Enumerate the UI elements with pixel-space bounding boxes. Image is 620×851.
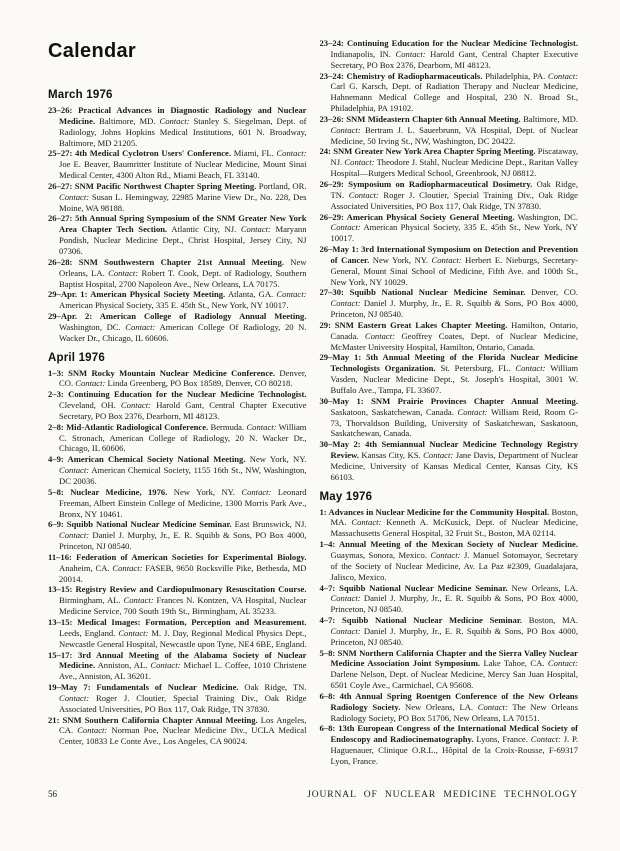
entry-dates: 26–27: [48,213,72,223]
entry-date-title: 26–29: Symposium on Radiopharmaceutical … [320,179,533,189]
contact-label: Contact: [276,289,306,299]
entry-title: American Chemical Society National Meeti… [68,454,246,464]
entry-dates: 24: [320,146,331,156]
entry-title: SNM Southern California Chapter Annual M… [63,715,258,725]
calendar-entry: 25–27: 4th Medical Cyclotron Users' Conf… [48,148,307,181]
page-number: 56 [48,789,57,799]
contact-label: Contact: [121,400,151,410]
contact-label: Contact: [246,422,276,432]
contact-label: Contact: [59,530,89,540]
entry-title: SNM Mideastern Chapter 6th Annual Meetin… [346,114,520,124]
entry-location: Lake Tahoe, CA. [483,658,544,668]
calendar-entry: 4–7: Squibb National Nuclear Medicine Se… [320,615,579,648]
entry-dates: 26–29: [320,212,344,222]
entry-dates: 29–May 1: [320,352,362,362]
entry-title: American Physical Society General Meetin… [347,212,515,222]
entry-date-title: 1: Advances in Nuclear Medicine for the … [320,507,550,517]
contact-label: Contact: [241,487,271,497]
entry-date-title: 2–3: Continuing Education for the Nuclea… [48,389,307,399]
entry-title: SNM Southwestern Chapter 21st Annual Mee… [79,257,284,267]
contact-label: Contact: [125,322,155,332]
contact-label: Contact: [531,734,561,744]
entry-contact: American Chemical Society, 1155 16th St.… [59,465,307,486]
entry-contact: Michael L. Coffee, 1010 Christene Ave., … [59,660,306,681]
entry-dates: 1–4: [320,539,336,549]
entry-title: Federation of American Societies for Exp… [76,552,306,562]
section-heading: March 1976 [48,89,307,101]
calendar-entry: 23–24: Continuing Education for the Nucl… [320,38,579,71]
calendar-entry: 1–3: SNM Rocky Mountain Nuclear Medicine… [48,368,307,390]
entry-date-title: 2–8: Mid-Atlantic Radiological Conferenc… [48,422,208,432]
entry-location: New York, NY. [250,454,307,464]
entry-dates: 29: [320,320,331,330]
contact-label: Contact: [118,628,148,638]
calendar-entry: 24: SNM Greater New York Area Chapter Sp… [320,146,579,179]
entry-contact: Daniel J. Murphy, Jr., E. R. Squibb & So… [331,298,579,319]
entry-title: Nuclear Medicine, 1976. [70,487,167,497]
entry-title: Mid-Atlantic Radiological Conference. [66,422,208,432]
entry-dates: 4–7: [320,583,336,593]
calendar-entry: 6–8: 13th European Congress of the Inter… [320,723,579,766]
calendar-entry: 26–29: American Physical Society General… [320,212,579,245]
journal-calendar-page: Calendar March 197623–26: Practical Adva… [0,0,620,851]
entry-location: Oak Ridge, TN. [244,682,306,692]
entry-dates: 23–26: [320,114,344,124]
contact-label: Contact: [432,255,462,265]
calendar-entry: 26–28: SNM Southwestern Chapter 21st Ann… [48,257,307,290]
entry-date-title: 1–4: Annual Meeting of the Mexican Socie… [320,539,578,549]
entry-location: Atlanta, GA. [228,289,273,299]
calendar-entry: 15–17: 3rd Annual Meeting of the Alabama… [48,650,307,683]
entry-location: Washington, DC. [518,212,578,222]
entry-date-title: 13–15: Registry Review and Cardiopulmona… [48,584,307,594]
calendar-entry: 29–May 1: 5th Annual Meeting of the Flor… [320,352,579,395]
entry-title: Medical Images: Formation, Perception an… [77,617,306,627]
entry-dates: 23–26: [48,105,72,115]
entry-dates: 5–8: [48,487,64,497]
entry-date-title: 26–27: SNM Pacific Northwest Chapter Spr… [48,181,256,191]
entry-dates: 13–15: [48,617,72,627]
calendar-entry: 26–29: Symposium on Radiopharmaceutical … [320,179,579,212]
entry-title: SNM Pacific Northwest Chapter Spring Mee… [75,181,257,191]
entry-contact: American Physical Society, 335 E. 45th S… [331,222,579,243]
contact-label: Contact: [59,465,89,475]
entry-location: Portland, OR. [259,181,307,191]
entry-date-title: 30–May 1: SNM Prairie Provinces Chapter … [320,396,579,406]
entry-dates: 23–24: [320,38,344,48]
entry-dates: 27–30: [320,287,344,297]
contact-label: Contact: [150,660,180,670]
entry-title: Symposium on Radiopharmaceutical Dosimet… [348,179,532,189]
entry-title: SNM Rocky Mountain Nuclear Medicine Conf… [68,368,275,378]
page-footer: 56 JOURNAL OF NUCLEAR MEDICINE TECHNOLOG… [48,789,578,800]
calendar-entry: 29: SNM Eastern Great Lakes Chapter Meet… [320,320,579,353]
entry-dates: 29–Apr. 1: [48,289,87,299]
entry-contact: Joe E. Beaver, Baumritter Institute of N… [59,159,307,180]
entry-location: Anniston, AL. [98,660,148,670]
entry-date-title: 29–Apr. 1: American Physical Society Mee… [48,289,225,299]
contact-label: Contact: [349,190,379,200]
entry-title: American Physical Society Meeting. [90,289,225,299]
entry-location: Saskatoon, Saskatchewan, Canada. [331,407,454,417]
entry-date-title: 5–8: Nuclear Medicine, 1976. [48,487,167,497]
entry-dates: 6–8: [320,723,336,733]
entry-title: Annual Meeting of the Mexican Society of… [339,539,578,549]
entry-date-title: 1–3: SNM Rocky Mountain Nuclear Medicine… [48,368,275,378]
entry-dates: 4–7: [320,615,336,625]
entry-location: Indianapolis, IN. [331,49,391,59]
calendar-entry: 26–May 1: 3rd International Symposium on… [320,244,579,287]
entry-dates: 26–May 1: [320,244,359,254]
entry-dates: 25–27: [48,148,72,158]
calendar-entry: 30–May 1: SNM Prairie Provinces Chapter … [320,396,579,439]
entry-contact: Roger J. Cloutier, Special Training Div.… [59,693,307,714]
contact-label: Contact: [548,71,578,81]
entry-contact: Linda Greenberg, PO Box 18589, Denver, C… [107,378,292,388]
entry-location: Birmingham, AL. [59,595,121,605]
contact-label: Contact: [276,148,306,158]
right-column: 23–24: Continuing Education for the Nucl… [320,38,579,767]
entry-dates: 13–15: [48,584,72,594]
calendar-entry: 19–May 7: Fundamentals of Nuclear Medici… [48,682,307,715]
entry-contact: Carl G. Karsch, Dept. of Radiation Thera… [331,81,579,113]
entry-dates: 30–May 2: [320,439,361,449]
entry-title: Continuing Education for the Nuclear Med… [68,389,306,399]
entry-title: SNM Eastern Great Lakes Chapter Meeting. [335,320,508,330]
contact-label: Contact: [515,363,545,373]
entry-contact: Daniel J. Murphy, Jr., E. R. Squibb & So… [331,593,579,614]
entry-dates: 2–8: [48,422,64,432]
entry-dates: 1: [320,507,327,517]
contact-label: Contact: [241,224,271,234]
entry-location: St. Petersburg, FL. [440,363,510,373]
calendar-entry: 4–9: American Chemical Society National … [48,454,307,487]
entry-title: Squibb National Nuclear Medicine Seminar… [350,287,526,297]
entry-dates: 6–9: [48,519,64,529]
section-heading: April 1976 [48,352,307,364]
entry-title: SNM Prairie Provinces Chapter Annual Mee… [371,396,578,406]
left-column: Calendar March 197623–26: Practical Adva… [48,38,307,767]
calendar-entry: 23–26: Practical Advances in Diagnostic … [48,105,307,148]
calendar-entry: 21: SNM Southern California Chapter Annu… [48,715,307,748]
entry-contact: Susan L. Hemingway, 22985 Marine View Dr… [59,192,307,213]
entry-date-title: 25–27: 4th Medical Cyclotron Users' Conf… [48,148,231,158]
entry-location: Anaheim, CA. [59,563,110,573]
entry-date-title: 27–30: Squibb National Nuclear Medicine … [320,287,526,297]
entry-dates: 21: [48,715,59,725]
entry-title: Squibb National Nuclear Medicine Seminar… [339,583,508,593]
calendar-entry: 4–7: Squibb National Nuclear Medicine Se… [320,583,579,616]
contact-label: Contact: [331,593,361,603]
contact-label: Contact: [108,268,138,278]
calendar-entry: 13–15: Medical Images: Formation, Percep… [48,617,307,650]
entry-title: Squibb National Nuclear Medicine Seminar… [342,615,522,625]
entry-location: Denver, CO. [531,287,578,297]
entry-date-title: 4–7: Squibb National Nuclear Medicine Se… [320,615,523,625]
entry-location: Washington, DC. [59,322,121,332]
entry-dates: 15–17: [48,650,72,660]
contact-label: Contact: [75,378,105,388]
calendar-entry: 5–8: Nuclear Medicine, 1976. New York, N… [48,487,307,520]
entry-location: Guaymas, Sonora, Mexico. [331,550,427,560]
calendar-entry: 2–8: Mid-Atlantic Radiological Conferenc… [48,422,307,455]
contact-label: Contact: [331,298,361,308]
entry-date-title: 26–28: SNM Southwestern Chapter 21st Ann… [48,257,284,267]
contact-label: Contact: [457,407,487,417]
entry-dates: 26–29: [320,179,344,189]
calendar-entry: 27–30: Squibb National Nuclear Medicine … [320,287,579,320]
entry-date-title: 24: SNM Greater New York Area Chapter Sp… [320,146,536,156]
entry-location: Boston, MA. [529,615,578,625]
calendar-entry: 29–Apr. 1: American Physical Society Mee… [48,289,307,311]
entry-date-title: 4–7: Squibb National Nuclear Medicine Se… [320,583,508,593]
entry-dates: 26–28: [48,257,72,267]
contact-label: Contact: [548,658,578,668]
contact-label: Contact: [159,116,189,126]
entry-dates: 1–3: [48,368,64,378]
entry-date-title: 29: SNM Eastern Great Lakes Chapter Meet… [320,320,508,330]
entry-location: Lyons, France. [476,734,528,744]
entry-dates: 4–9: [48,454,64,464]
contact-label: Contact: [77,725,107,735]
calendar-entry: 30–May 2: 4th Semiannual Nuclear Medicin… [320,439,579,482]
section-heading: May 1976 [320,491,579,503]
entry-contact: Daniel J. Murphy, Jr., E. R. Squibb & So… [59,530,307,551]
entry-title: 4th Medical Cyclotron Users' Conference. [75,148,231,158]
entry-date-title: 13–15: Medical Images: Formation, Percep… [48,617,307,627]
entry-location: New York, NY. [373,255,428,265]
calendar-entry: 2–3: Continuing Education for the Nuclea… [48,389,307,422]
contact-label: Contact: [423,450,453,460]
entry-location: New York, NY. [174,487,235,497]
entry-title: SNM Greater New York Area Chapter Spring… [333,146,535,156]
contact-label: Contact: [331,626,361,636]
entry-date-title: 23–24: Continuing Education for the Nucl… [320,38,579,48]
contact-label: Contact: [478,702,508,712]
contact-label: Contact: [112,563,142,573]
entry-title: Fundamentals of Nuclear Medicine. [96,682,238,692]
entry-dates: 5–8: [320,648,336,658]
entry-dates: 11–16: [48,552,72,562]
entry-date-title: 26–29: American Physical Society General… [320,212,515,222]
entry-title: Chemistry of Radiopharmaceuticals. [347,71,483,81]
entry-title: Squibb National Nuclear Medicine Seminar… [67,519,232,529]
entry-location: Cleveland, OH. [59,400,116,410]
page-title: Calendar [48,40,307,63]
entry-title: American College of Radiology Annual Mee… [100,311,307,321]
calendar-entry: 6–8: 4th Annual Spring Roentgen Conferen… [320,691,579,724]
contact-label: Contact: [430,550,460,560]
two-column-layout: Calendar March 197623–26: Practical Adva… [48,38,578,767]
entry-date-title: 11–16: Federation of American Societies … [48,552,306,562]
entry-location: Bermuda. [211,422,245,432]
entry-contact: Darlene Nelson, Dept. of Nuclear Medicin… [331,669,579,690]
contact-label: Contact: [124,595,154,605]
calendar-entry: 26–27: SNM Pacific Northwest Chapter Spr… [48,181,307,214]
calendar-entry: 23–26: SNM Mideastern Chapter 6th Annual… [320,114,579,147]
entry-title: Continuing Education for the Nuclear Med… [347,38,578,48]
entry-date-title: 23–26: SNM Mideastern Chapter 6th Annual… [320,114,521,124]
entry-contact: American Physical Society, 335 E. 45th S… [59,300,288,310]
entry-location: New Orleans, LA. [512,583,578,593]
entry-title: Registry Review and Cardiopulmonary Resu… [75,584,306,594]
calendar-entry: 1–4: Annual Meeting of the Mexican Socie… [320,539,579,582]
contact-label: Contact: [365,331,395,341]
calendar-entry: 5–8: SNM Northern California Chapter and… [320,648,579,691]
contact-label: Contact: [331,222,361,232]
calendar-entry: 23–24: Chemistry of Radiopharmaceuticals… [320,71,579,114]
entry-contact: Daniel J. Murphy, Jr., E. R. Squibb & So… [331,626,579,647]
contact-label: Contact: [59,192,89,202]
entry-dates: 26–27: [48,181,72,191]
contact-label: Contact: [351,517,381,527]
entry-location: Baltimore, MD. [523,114,578,124]
entry-title: Advances in Nuclear Medicine for the Com… [328,507,549,517]
contact-label: Contact: [59,693,89,703]
contact-label: Contact: [331,125,361,135]
entry-date-title: 23–24: Chemistry of Radiopharmaceuticals… [320,71,483,81]
journal-name: JOURNAL OF NUCLEAR MEDICINE TECHNOLOGY [307,790,578,800]
entry-location: Philadelphia, PA. [485,71,545,81]
entry-date-title: 19–May 7: Fundamentals of Nuclear Medici… [48,682,239,692]
contact-label: Contact: [344,157,374,167]
entry-date-title: 6–9: Squibb National Nuclear Medicine Se… [48,519,232,529]
contact-label: Contact: [396,49,426,59]
entry-dates: 29–Apr. 2: [48,311,92,321]
entry-dates: 23–24: [320,71,344,81]
calendar-entry: 11–16: Federation of American Societies … [48,552,307,585]
entry-dates: 19–May 7: [48,682,91,692]
entry-location: Leeds, England. [59,628,115,638]
calendar-entry: 26–27: 5th Annual Spring Symposium of th… [48,213,307,256]
calendar-entry: 29–Apr. 2: American College of Radiology… [48,311,307,344]
entry-location: Miami, FL. [234,148,274,158]
entry-dates: 30–May 1: [320,396,364,406]
entry-location: East Brunswick, NJ. [235,519,307,529]
entry-location: Baltimore, MD. [99,116,155,126]
calendar-entry: 1: Advances in Nuclear Medicine for the … [320,507,579,540]
entry-dates: 2–3: [48,389,64,399]
entry-location: Atlantic City, NJ. [171,224,236,234]
entry-date-title: 4–9: American Chemical Society National … [48,454,246,464]
entry-location: Kansas City, KS. [361,450,420,460]
entry-location: New Orleans, LA. [405,702,473,712]
entry-date-title: 29–Apr. 2: American College of Radiology… [48,311,307,321]
entry-contact: Bertram J. L. Sauerbrunn, VA Hospital, D… [331,125,579,146]
entry-date-title: 21: SNM Southern California Chapter Annu… [48,715,258,725]
entry-dates: 6–8: [320,691,336,701]
calendar-entry: 13–15: Registry Review and Cardiopulmona… [48,584,307,617]
calendar-entry: 6–9: Squibb National Nuclear Medicine Se… [48,519,307,552]
